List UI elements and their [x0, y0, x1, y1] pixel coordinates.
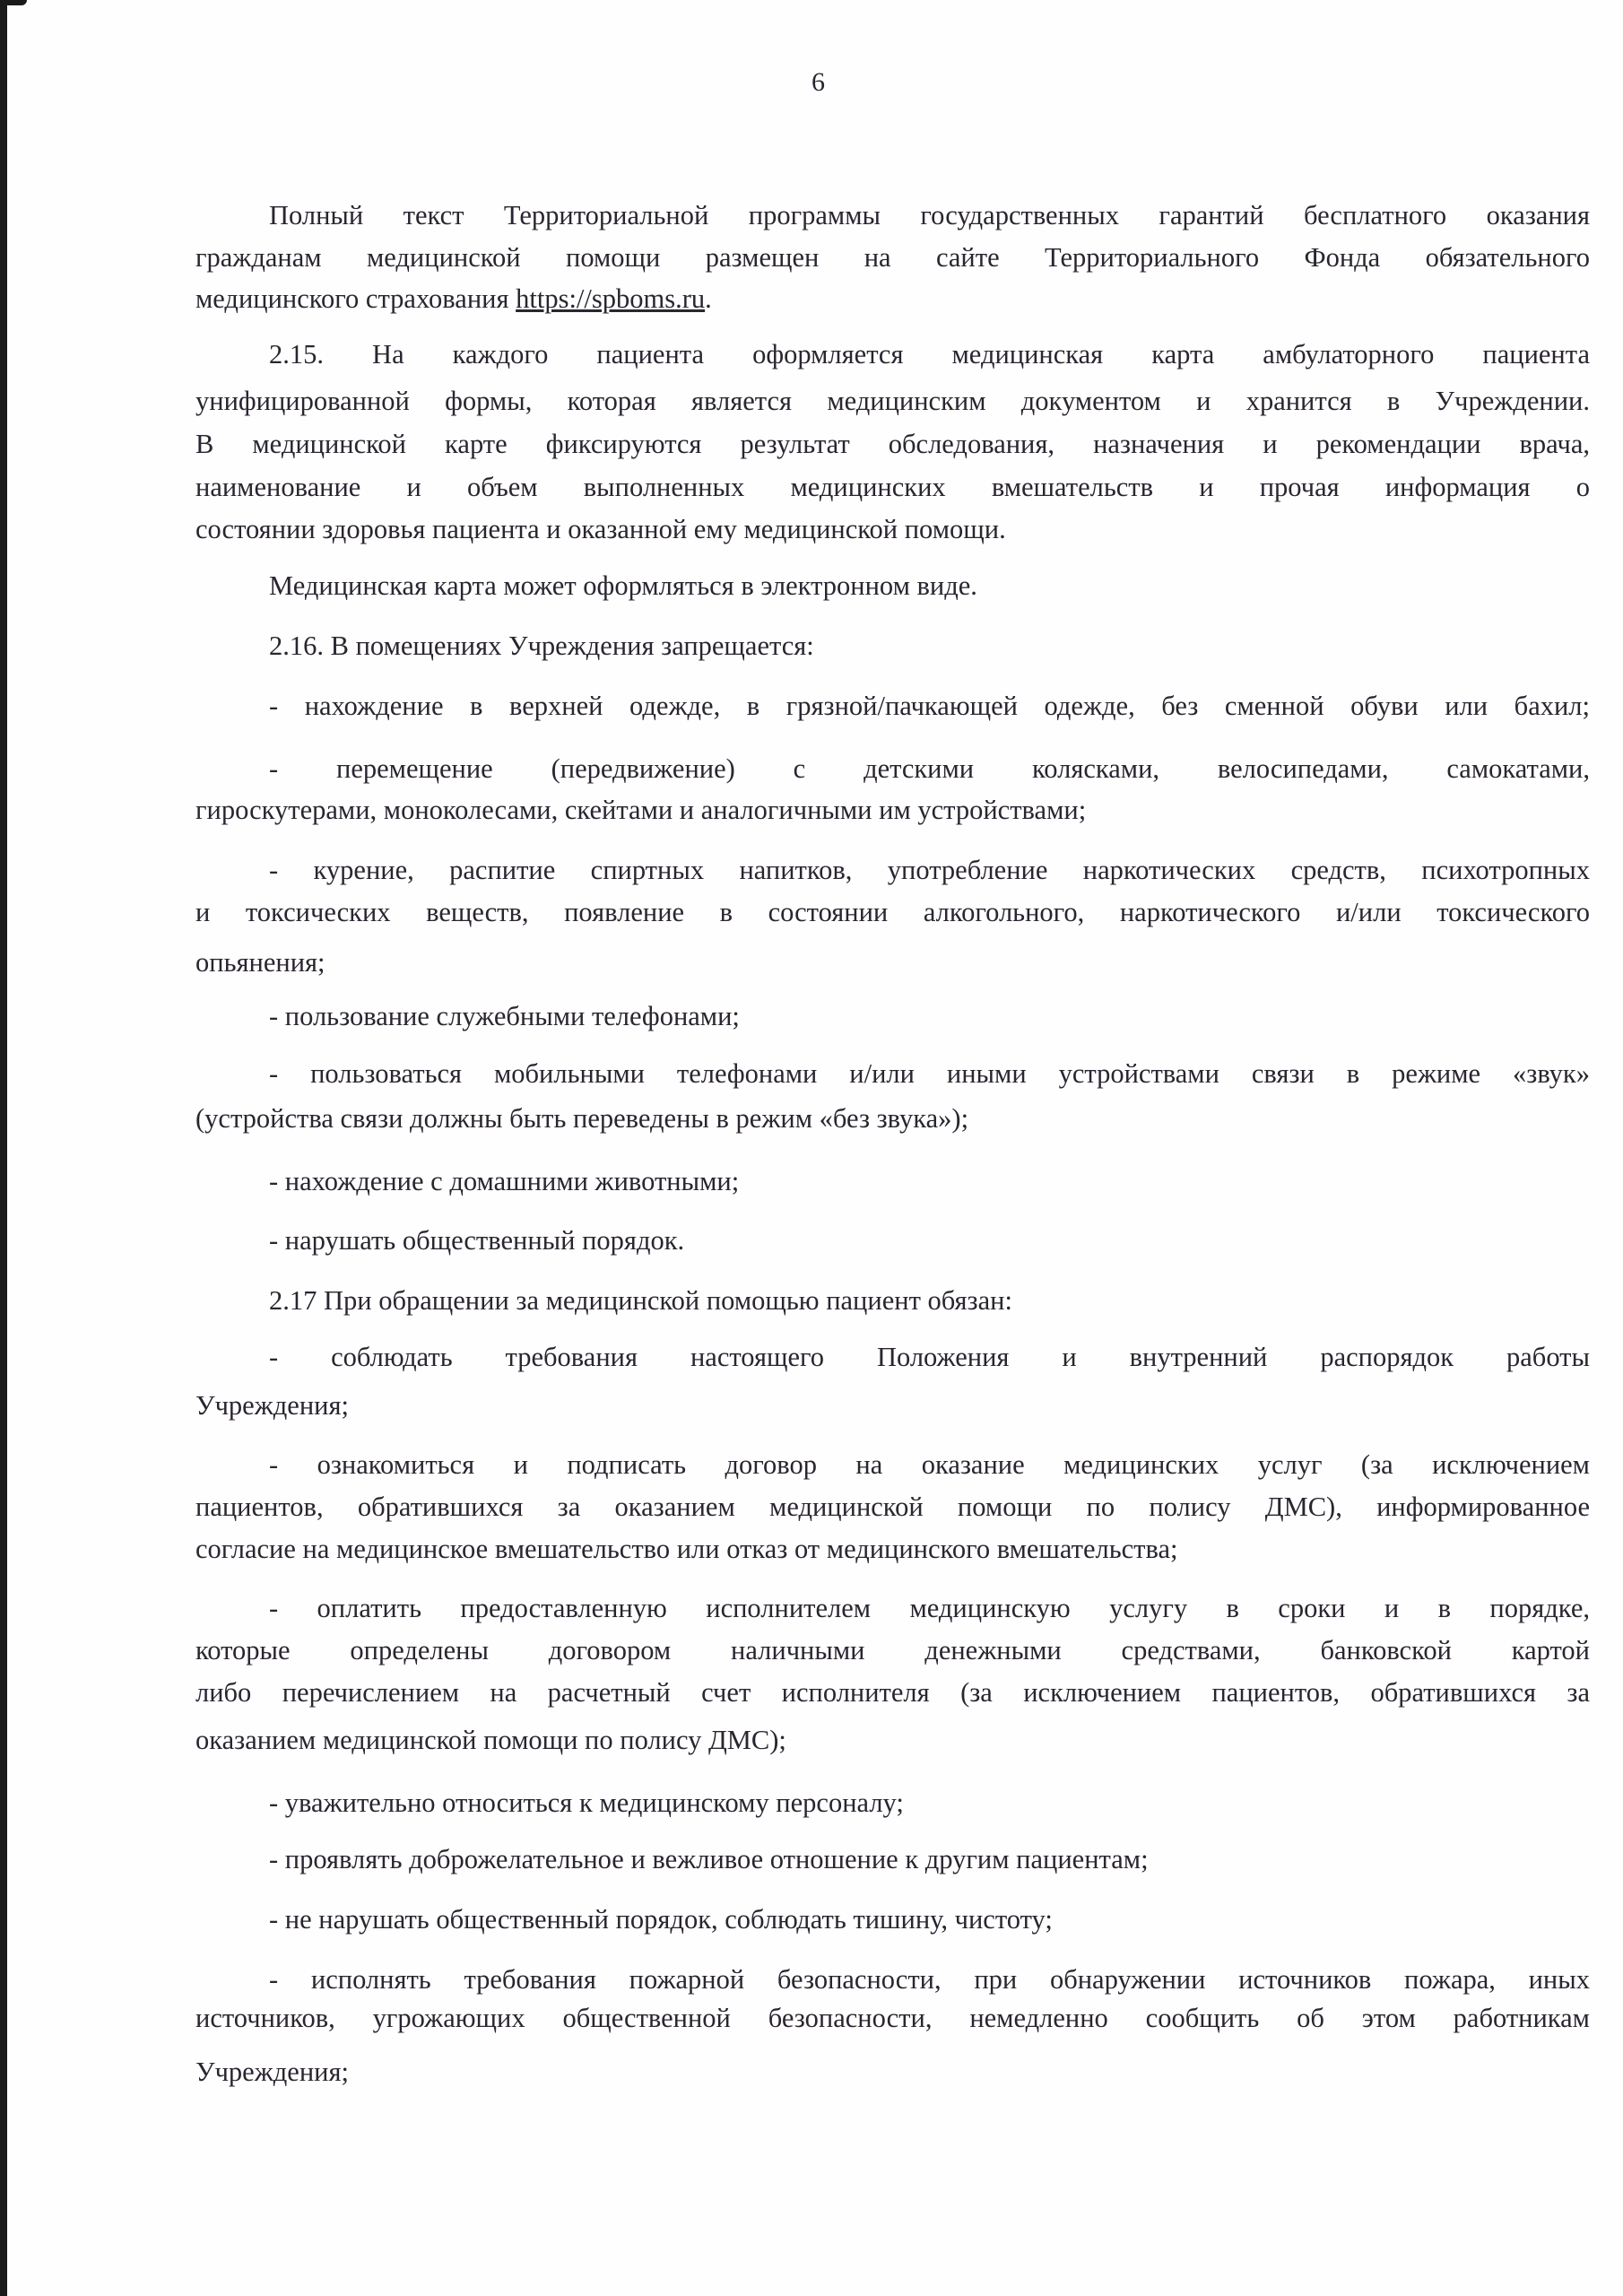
text-line: - соблюдать требования настоящего Положе…	[269, 1339, 1590, 1375]
text-line: - проявлять доброжелательное и вежливое …	[269, 1841, 1590, 1877]
line-text: - пользование служебными телефонами;	[269, 1001, 740, 1031]
line-text: унифицированной формы, которая является …	[195, 386, 1590, 416]
line-text: - уважительно относиться к медицинскому …	[269, 1787, 904, 1818]
line-text: оказанием медицинской помощи по полису Д…	[195, 1725, 786, 1755]
text-line: гражданам медицинской помощи размещен на…	[195, 239, 1590, 275]
text-line: либо перечислением на расчетный счет исп…	[195, 1674, 1590, 1710]
text-line: 2.15. На каждого пациента оформляется ме…	[269, 336, 1590, 372]
line-text: - пользоваться мобильными телефонами и/и…	[269, 1058, 1590, 1089]
line-text: опьянения;	[195, 947, 325, 978]
line-text: либо перечислением на расчетный счет исп…	[195, 1677, 1590, 1708]
line-text: гражданам медицинской помощи размещен на…	[195, 242, 1590, 273]
text-line: - нарушать общественный порядок.	[269, 1222, 1590, 1258]
line-text: - проявлять доброжелательное и вежливое …	[269, 1844, 1149, 1874]
text-line: согласие на медицинское вмешательство ил…	[195, 1531, 1590, 1567]
text-line: Учреждения;	[195, 2054, 1590, 2090]
text-line: Полный текст Территориальной программы г…	[269, 197, 1590, 233]
line-text: наименование и объем выполненных медицин…	[195, 472, 1590, 502]
text-line: которые определены договором наличными д…	[195, 1632, 1590, 1668]
text-line: - перемещение (передвижение) с детскими …	[269, 751, 1590, 787]
text-line: гироскутерами, моноколесами, скейтами и …	[195, 792, 1590, 828]
text-line: - пользоваться мобильными телефонами и/и…	[269, 1056, 1590, 1091]
line-text: гироскутерами, моноколесами, скейтами и …	[195, 795, 1086, 825]
text-line: - курение, распитие спиртных напитков, у…	[269, 852, 1590, 888]
text-line: источников, угрожающих общественной безо…	[195, 2000, 1590, 2036]
line-text: В медицинской карте фиксируются результа…	[195, 429, 1590, 459]
text-line: В медицинской карте фиксируются результа…	[195, 426, 1590, 462]
text-line: и токсических веществ, появление в состо…	[195, 894, 1590, 930]
text-line: - исполнять требования пожарной безопасн…	[269, 1961, 1590, 1997]
text-line: - не нарушать общественный порядок, собл…	[269, 1901, 1590, 1937]
line-text: Учреждения;	[195, 2057, 349, 2087]
text-line: Медицинская карта может оформляться в эл…	[269, 568, 1590, 604]
line-text: источников, угрожающих общественной безо…	[195, 2003, 1590, 2033]
page-number: 6	[811, 67, 825, 98]
text-line: - нахождение с домашними животными;	[269, 1163, 1590, 1199]
text-line: пациентов, обратившихся за оказанием мед…	[195, 1489, 1590, 1525]
line-text: Учреждения;	[195, 1390, 349, 1421]
line-text: - не нарушать общественный порядок, собл…	[269, 1904, 1053, 1935]
line-text: .	[705, 283, 712, 314]
line-text: - оплатить предоставленную исполнителем …	[269, 1593, 1590, 1623]
line-text: Полный текст Территориальной программы г…	[269, 200, 1590, 230]
scan-left-edge	[0, 0, 7, 2296]
line-text: 2.15. На каждого пациента оформляется ме…	[269, 339, 1590, 370]
text-line: оказанием медицинской помощи по полису Д…	[195, 1722, 1590, 1758]
line-text: - ознакомиться и подписать договор на ок…	[269, 1449, 1590, 1480]
text-line: - пользование служебными телефонами;	[269, 998, 1590, 1034]
text-line: медицинского страхования https://spboms.…	[195, 281, 1590, 317]
line-text: и токсических веществ, появление в состо…	[195, 897, 1590, 927]
line-text: медицинского страхования	[195, 283, 516, 314]
text-line: 2.17 При обращении за медицинской помощь…	[269, 1283, 1590, 1318]
text-line: состоянии здоровья пациента и оказанной …	[195, 511, 1590, 547]
line-text: - исполнять требования пожарной безопасн…	[269, 1964, 1590, 1995]
website-link[interactable]: https://spboms.ru	[516, 283, 705, 314]
line-text: (устройства связи должны быть переведены…	[195, 1103, 968, 1134]
line-text: 2.17 При обращении за медицинской помощь…	[269, 1285, 1012, 1316]
text-line: опьянения;	[195, 944, 1590, 980]
line-text: - курение, распитие спиртных напитков, у…	[269, 855, 1590, 885]
line-text: - соблюдать требования настоящего Положе…	[269, 1342, 1590, 1372]
line-text: - нарушать общественный порядок.	[269, 1225, 684, 1256]
line-text: пациентов, обратившихся за оказанием мед…	[195, 1492, 1590, 1522]
line-text: которые определены договором наличными д…	[195, 1635, 1590, 1665]
text-line: унифицированной формы, которая является …	[195, 383, 1590, 419]
line-text: состоянии здоровья пациента и оказанной …	[195, 514, 1006, 544]
text-line: - ознакомиться и подписать договор на ок…	[269, 1447, 1590, 1483]
scan-corner	[0, 0, 27, 5]
line-text: Медицинская карта может оформляться в эл…	[269, 570, 977, 601]
text-line: - оплатить предоставленную исполнителем …	[269, 1590, 1590, 1626]
text-line: Учреждения;	[195, 1387, 1590, 1423]
text-line: - уважительно относиться к медицинскому …	[269, 1785, 1590, 1821]
line-text: согласие на медицинское вмешательство ил…	[195, 1534, 1178, 1564]
line-text: - нахождение в верхней одежде, в грязной…	[269, 691, 1590, 721]
text-line: - нахождение в верхней одежде, в грязной…	[269, 688, 1590, 724]
line-text: - нахождение с домашними животными;	[269, 1166, 739, 1196]
text-line: 2.16. В помещениях Учреждения запрещаетс…	[269, 628, 1590, 664]
text-line: (устройства связи должны быть переведены…	[195, 1100, 1590, 1136]
line-text: 2.16. В помещениях Учреждения запрещаетс…	[269, 631, 814, 661]
line-text: - перемещение (передвижение) с детскими …	[269, 753, 1590, 784]
text-line: наименование и объем выполненных медицин…	[195, 469, 1590, 505]
